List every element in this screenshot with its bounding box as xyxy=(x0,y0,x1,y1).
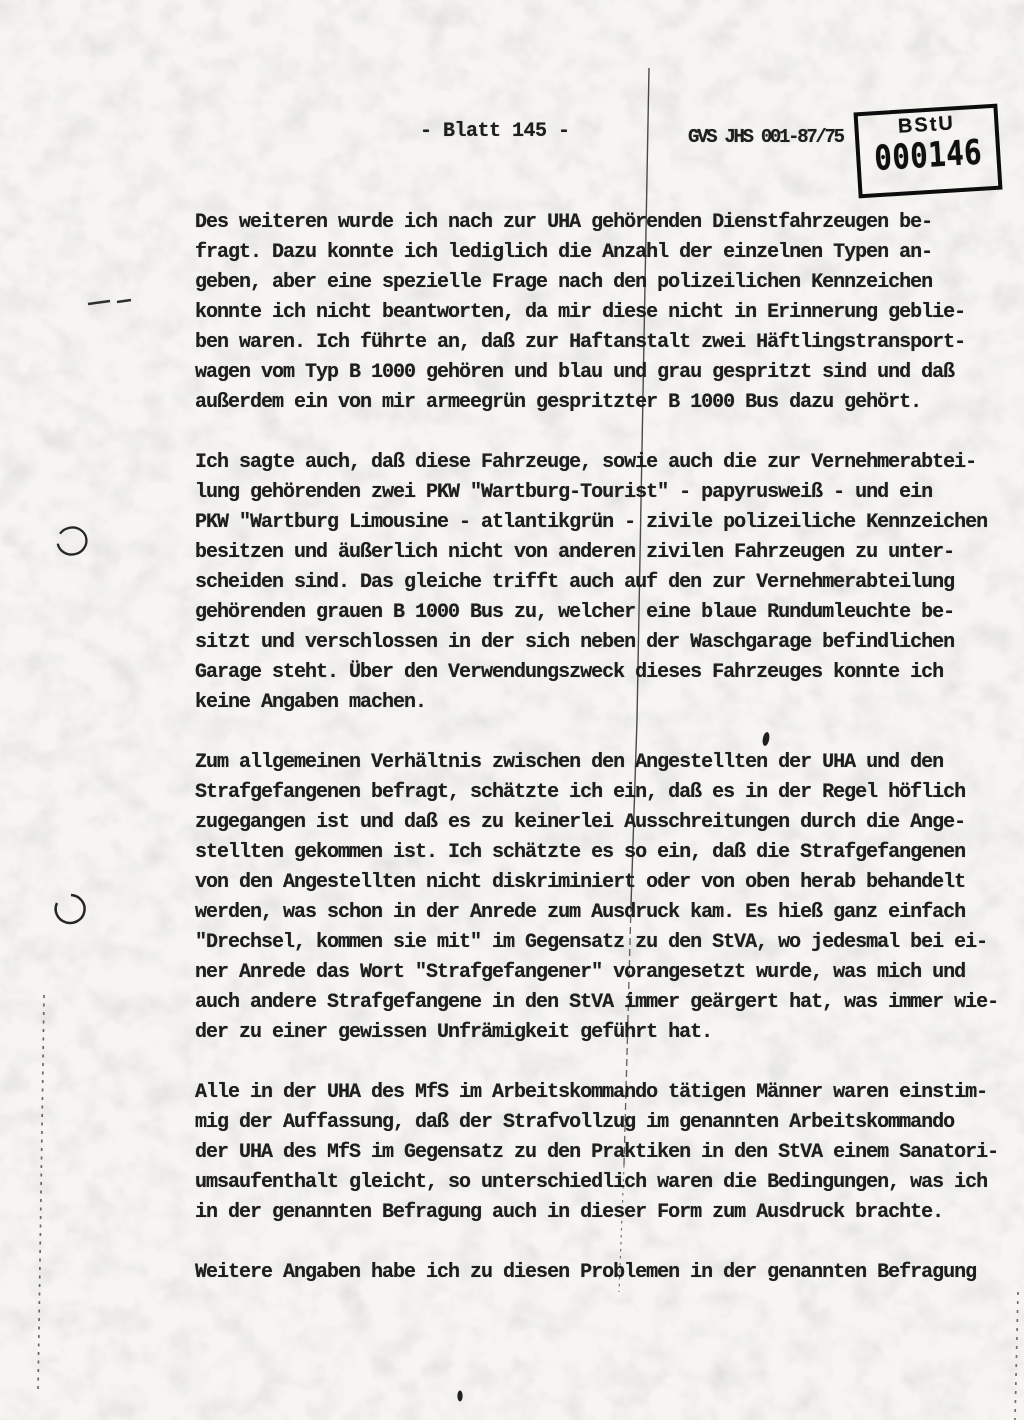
paragraph-1: Des weiteren wurde ich nach zur UHA gehö… xyxy=(195,208,1024,418)
document-page: - Blatt 145 - GVS JHS 001-87/75 BStU 000… xyxy=(0,0,1024,1420)
sheet-number-label: - Blatt 145 - xyxy=(420,120,570,143)
paragraph-2: Ich sagte auch, daß diese Fahrzeuge, sow… xyxy=(195,448,1024,718)
paragraph-4: Alle in der UHA des MfS im Arbeitskomman… xyxy=(195,1078,1024,1228)
document-body: Des weiteren wurde ich nach zur UHA gehö… xyxy=(195,208,1024,1318)
scanned-document-page: { "document": { "header": { "blatt_label… xyxy=(0,0,1024,1420)
bstu-stamp: BStU 000146 xyxy=(854,104,1003,199)
paragraph-5: Weitere Angaben habe ich zu diesen Probl… xyxy=(195,1258,1024,1288)
stamp-serial-number: 000146 xyxy=(859,131,997,179)
bottom-ink-mark xyxy=(457,1391,462,1402)
paragraph-3: Zum allgemeinen Verhältnis zwischen den … xyxy=(195,748,1024,1048)
classification-number: GVS JHS 001-87/75 xyxy=(688,126,843,148)
